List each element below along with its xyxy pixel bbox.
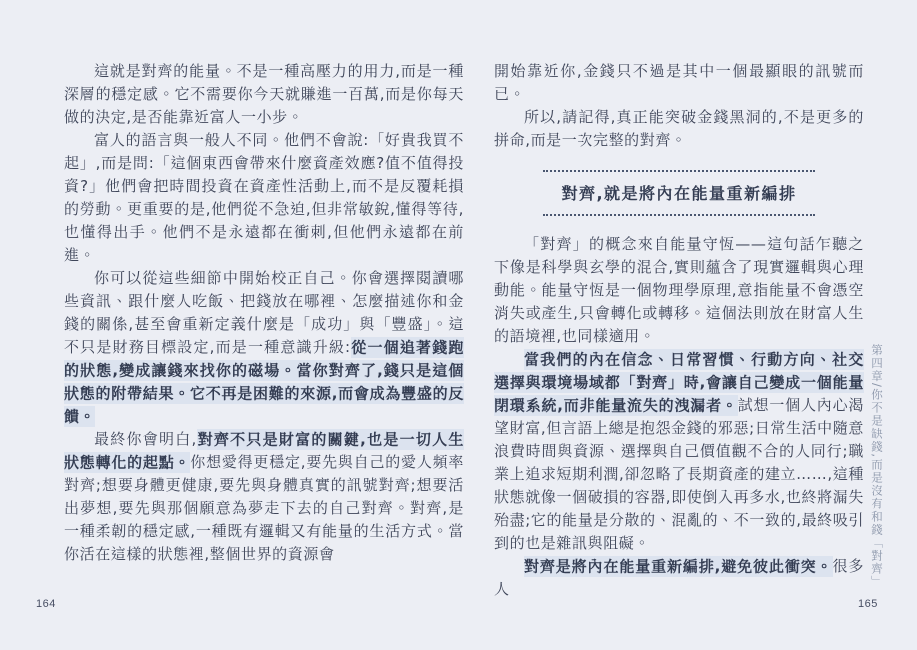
page-number-left: 164 [36, 598, 56, 610]
book-spread: 這就是對齊的能量。不是一種高壓力的用力,而是一種深層的穩定感。它不需要你今天就賺… [0, 0, 917, 650]
body-text: 最終你會明白, [94, 430, 197, 448]
section-heading: 對齊,就是將內在能量重新編排 [543, 181, 815, 204]
body-text: 試想一個人內心渴望財富,但言語上總是抱怨金錢的邪惡;日常生活中隨意浪費時間與資源… [494, 396, 864, 552]
body-text: 所以,請記得,真正能突破金錢黑洞的,不是更多的拼命,而是一次完整的對齊。 [494, 108, 864, 149]
body-text: 「對齊」的概念來自能量守恆——這句話乍聽之下像是科學與玄學的混合,實則蘊含了現實… [494, 235, 864, 345]
body-text: 富人的語言與一般人不同。他們不會說:「好貴我買不起」,而是問:「這個東西會帶來什… [64, 131, 464, 264]
paragraph: 對齊是將內在能量重新編排,避免彼此衝突。很多人 [494, 555, 864, 601]
body-text: 開始靠近你,金錢只不過是其中一個最顯眼的訊號而已。 [494, 62, 864, 103]
paragraph: 「對齊」的概念來自能量守恆——這句話乍聽之下像是科學與玄學的混合,實則蘊含了現實… [494, 233, 864, 348]
chapter-sidebar: 第四章/你不是缺錢,而是沒有和錢「對齊」 [869, 344, 885, 589]
paragraph: 所以,請記得,真正能突破金錢黑洞的,不是更多的拼命,而是一次完整的對齊。 [494, 106, 864, 152]
section-heading-box: 對齊,就是將內在能量重新編排 [543, 170, 815, 216]
paragraph: 這就是對齊的能量。不是一種高壓力的用力,而是一種深層的穩定感。它不需要你今天就賺… [64, 60, 464, 129]
paragraph: 最終你會明白,對齊不只是財富的關鍵,也是一切人生狀態轉化的起點。你想愛得更穩定,… [64, 428, 464, 566]
body-text: 這就是對齊的能量。不是一種高壓力的用力,而是一種深層的穩定感。它不需要你今天就賺… [64, 62, 464, 126]
page-number-right: 165 [858, 598, 878, 610]
paragraph: 富人的語言與一般人不同。他們不會說:「好貴我買不起」,而是問:「這個東西會帶來什… [64, 129, 464, 267]
highlighted-text: 對齊是將內在能量重新編排,避免彼此衝突。 [524, 556, 833, 577]
paragraph: 你可以從這些細節中開始校正自己。你會選擇閱讀哪些資訊、跟什麼人吃飯、把錢放在哪裡… [64, 267, 464, 428]
paragraph: 當我們的內在信念、日常習慣、行動方向、社交選擇與環境場域都「對齊」時,會讓自己變… [494, 348, 864, 555]
page-left: 這就是對齊的能量。不是一種高壓力的用力,而是一種深層的穩定感。它不需要你今天就賺… [64, 60, 464, 566]
paragraph: 開始靠近你,金錢只不過是其中一個最顯眼的訊號而已。 [494, 60, 864, 106]
page-right: 開始靠近你,金錢只不過是其中一個最顯眼的訊號而已。 所以,請記得,真正能突破金錢… [494, 60, 864, 601]
